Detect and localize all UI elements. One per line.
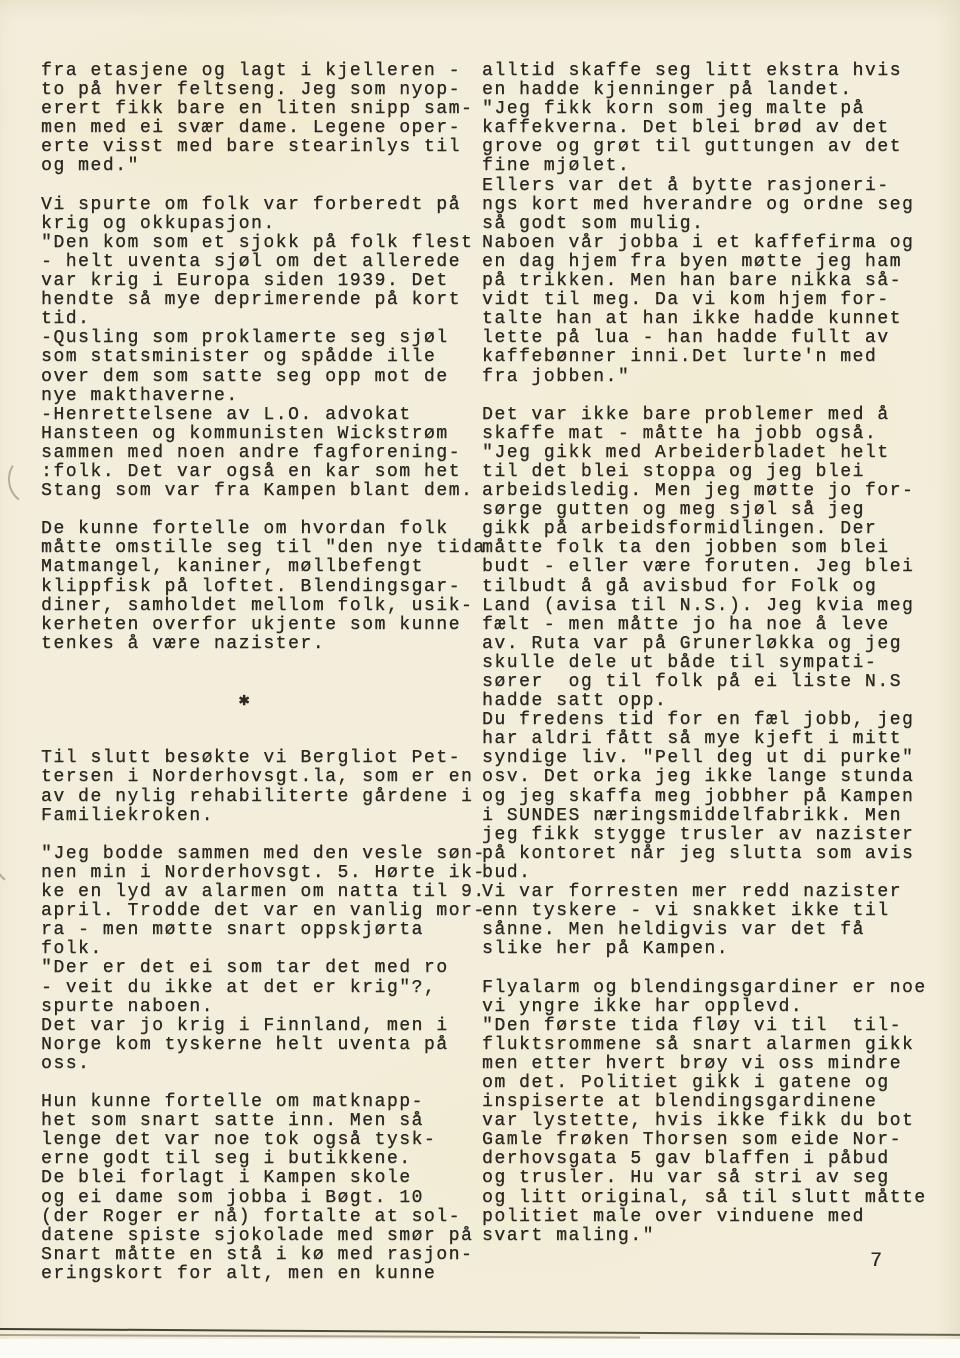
scan-edge-line: [0, 1328, 960, 1336]
article-column-left: fra etasjene og lagt i kjelleren - to på…: [41, 62, 483, 1284]
article-column-right: alltid skaffe seg litt ekstra hvis en ha…: [482, 62, 934, 1246]
page-number: 7: [870, 1250, 884, 1273]
scanned-page: fra etasjene og lagt i kjelleren - to på…: [0, 0, 960, 1358]
punch-hole-mark: [0, 831, 44, 888]
scanner-background: [0, 1339, 960, 1358]
scan-edge-line: [0, 1334, 640, 1338]
